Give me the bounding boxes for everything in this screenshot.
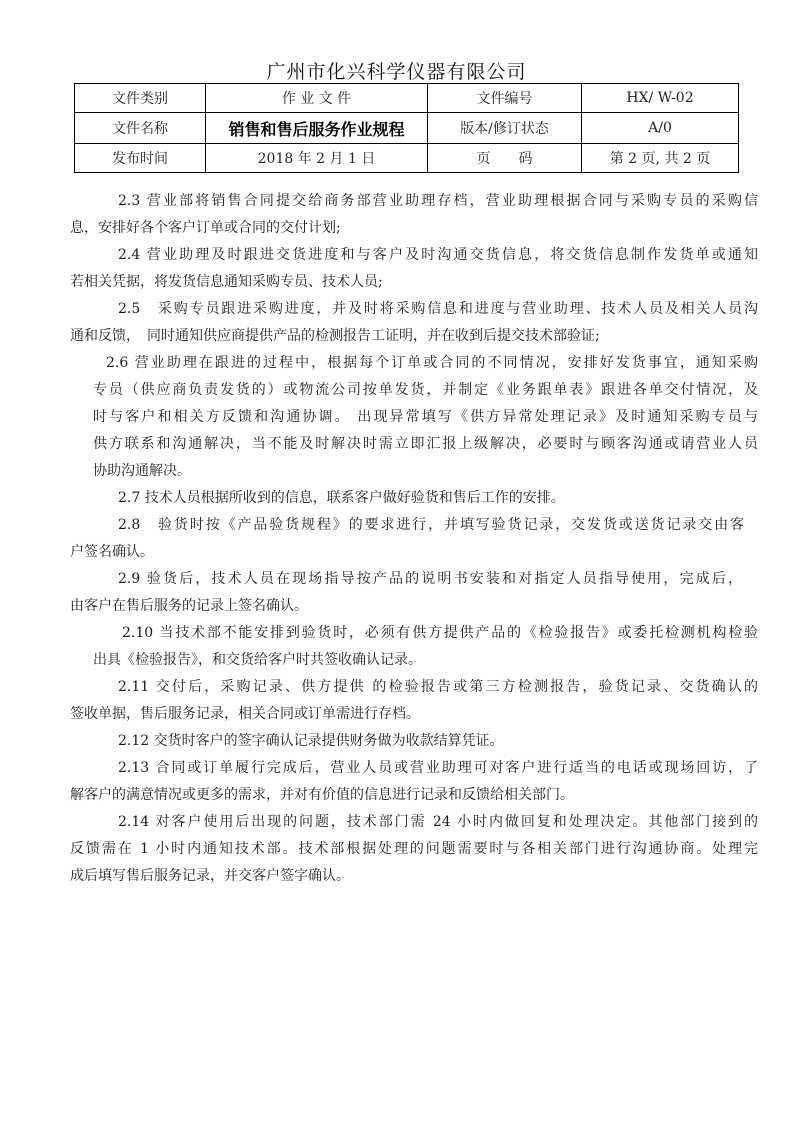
section-2-6-line-3: 时与客户和相关方反馈和沟通协调。 出现异常填写《供方异常处理记录》及时通知采购专… [93,408,758,426]
company-title: 广州市化兴科学仪器有限公司 [0,57,793,84]
section-2-5-line-2: 通和反馈， 同时通知供应商提供产品的检测报告工证明，并在收到后提交技术部验证; [70,327,600,345]
section-2-3-line-1: 2.3 营业部将销售合同提交给商务部营业助理存档，营业助理根据合同与采购专员的采… [118,192,758,210]
value-doc-category: 作 业 文 件 [206,84,428,113]
label-version: 版本/修订状态 [428,113,582,144]
label-doc-category: 文件类别 [75,84,206,113]
section-2-6-line-4: 供方联系和沟通解决，当不能及时解决时需立即汇报上级解决，必要时与顾客沟通或请营业… [93,435,758,453]
section-2-7-line-1: 2.7 技术人员根据所收到的信息，联系客户做好验货和售后工作的安排。 [118,489,565,507]
section-2-14-line-3: 成后填写售后服务记录，并交客户签字确认。 [70,867,350,885]
section-2-3-line-2: 息，安排好各个客户订单或合同的交付计划; [70,219,341,237]
section-2-14-line-2: 反馈需在 1 小时内通知技术部。技术部根据处理的问题需要时与各相关部门进行沟通协… [70,840,758,858]
section-2-13-line-1: 2.13 合同或订单履行完成后，营业人员或营业助理可对客户进行适当的电话或现场回… [118,759,758,777]
section-2-4-line-2: 若相关凭据，将发货信息通知采购专员、技术人员; [70,273,383,291]
value-doc-number: HX/ W-02 [582,84,739,113]
section-2-11-line-1: 2.11 交付后，采购记录、供方提供 的检验报告或第三方检测报告，验货记录、交货… [118,678,758,696]
section-2-4-line-1: 2.4 营业助理及时跟进交货进度和与客户及时沟通交货信息，将交货信息制作发货单或… [118,246,758,264]
label-page: 页 码 [428,144,582,173]
section-2-9-line-2: 由客户在售后服务的记录上签名确认。 [70,597,308,615]
section-2-12-line-1: 2.12 交货时客户的签字确认记录提供财务做为收款结算凭证。 [118,732,504,750]
document-meta-table: 文件类别 作 业 文 件 文件编号 HX/ W-02 文件名称 销售和售后服务作… [74,83,739,173]
meta-row-category: 文件类别 作 业 文 件 文件编号 HX/ W-02 [75,84,739,113]
label-doc-name: 文件名称 [75,113,206,144]
section-2-5-line-1: 2.5 采购专员跟进采购进度，并及时将采购信息和进度与营业助理、技术人员及相关人… [118,300,758,318]
section-2-13-line-2: 解客户的满意情况或更多的需求，并对有价值的信息进行记录和反馈给相关部门。 [70,786,574,804]
label-publish-date: 发布时间 [75,144,206,173]
section-2-9-line-1: 2.9 验货后，技术人员在现场指导按产品的说明书安装和对指定人员指导使用，完成后… [118,570,742,588]
section-2-10-line-2: 出具《检验报告》，和交货给客户时共签收确认记录。 [93,651,422,669]
section-2-10-line-1: 2.10 当技术部不能安排到验货时，必须有供方提供产品的《检验报告》或委托检测机… [122,624,758,642]
section-2-11-line-2: 签收单据，售后服务记录，相关合同或订单需进行存档。 [70,705,420,723]
value-page: 第 2 页, 共 2 页 [582,144,739,173]
section-2-8-line-1: 2.8 验货时按《产品验货规程》的要求进行，并填写验货记录，交发货或送货记录交由… [118,516,744,534]
section-2-6-line-2: 专员（供应商负责发货的）或物流公司按单发货，并制定《业务跟单表》跟进各单交付情况… [93,381,758,399]
value-version: A/0 [582,113,739,144]
value-publish-date: 2018 年 2 月 1 日 [206,144,428,173]
meta-row-name: 文件名称 销售和售后服务作业规程 版本/修订状态 A/0 [75,113,739,144]
value-doc-name: 销售和售后服务作业规程 [206,113,428,144]
section-2-14-line-1: 2.14 对客户使用后出现的问题，技术部门需 24 小时内做回复和处理决定。其他… [118,813,758,831]
section-2-6-line-5: 协助沟通解决。 [93,462,191,480]
section-2-6-line-1: 2.6 营业助理在跟进的过程中，根据每个订单或合同的不同情况，安排好发货事宜，通… [106,354,758,372]
section-2-8-line-2: 户签名确认。 [70,543,154,561]
meta-row-date: 发布时间 2018 年 2 月 1 日 页 码 第 2 页, 共 2 页 [75,144,739,173]
label-doc-number: 文件编号 [428,84,582,113]
